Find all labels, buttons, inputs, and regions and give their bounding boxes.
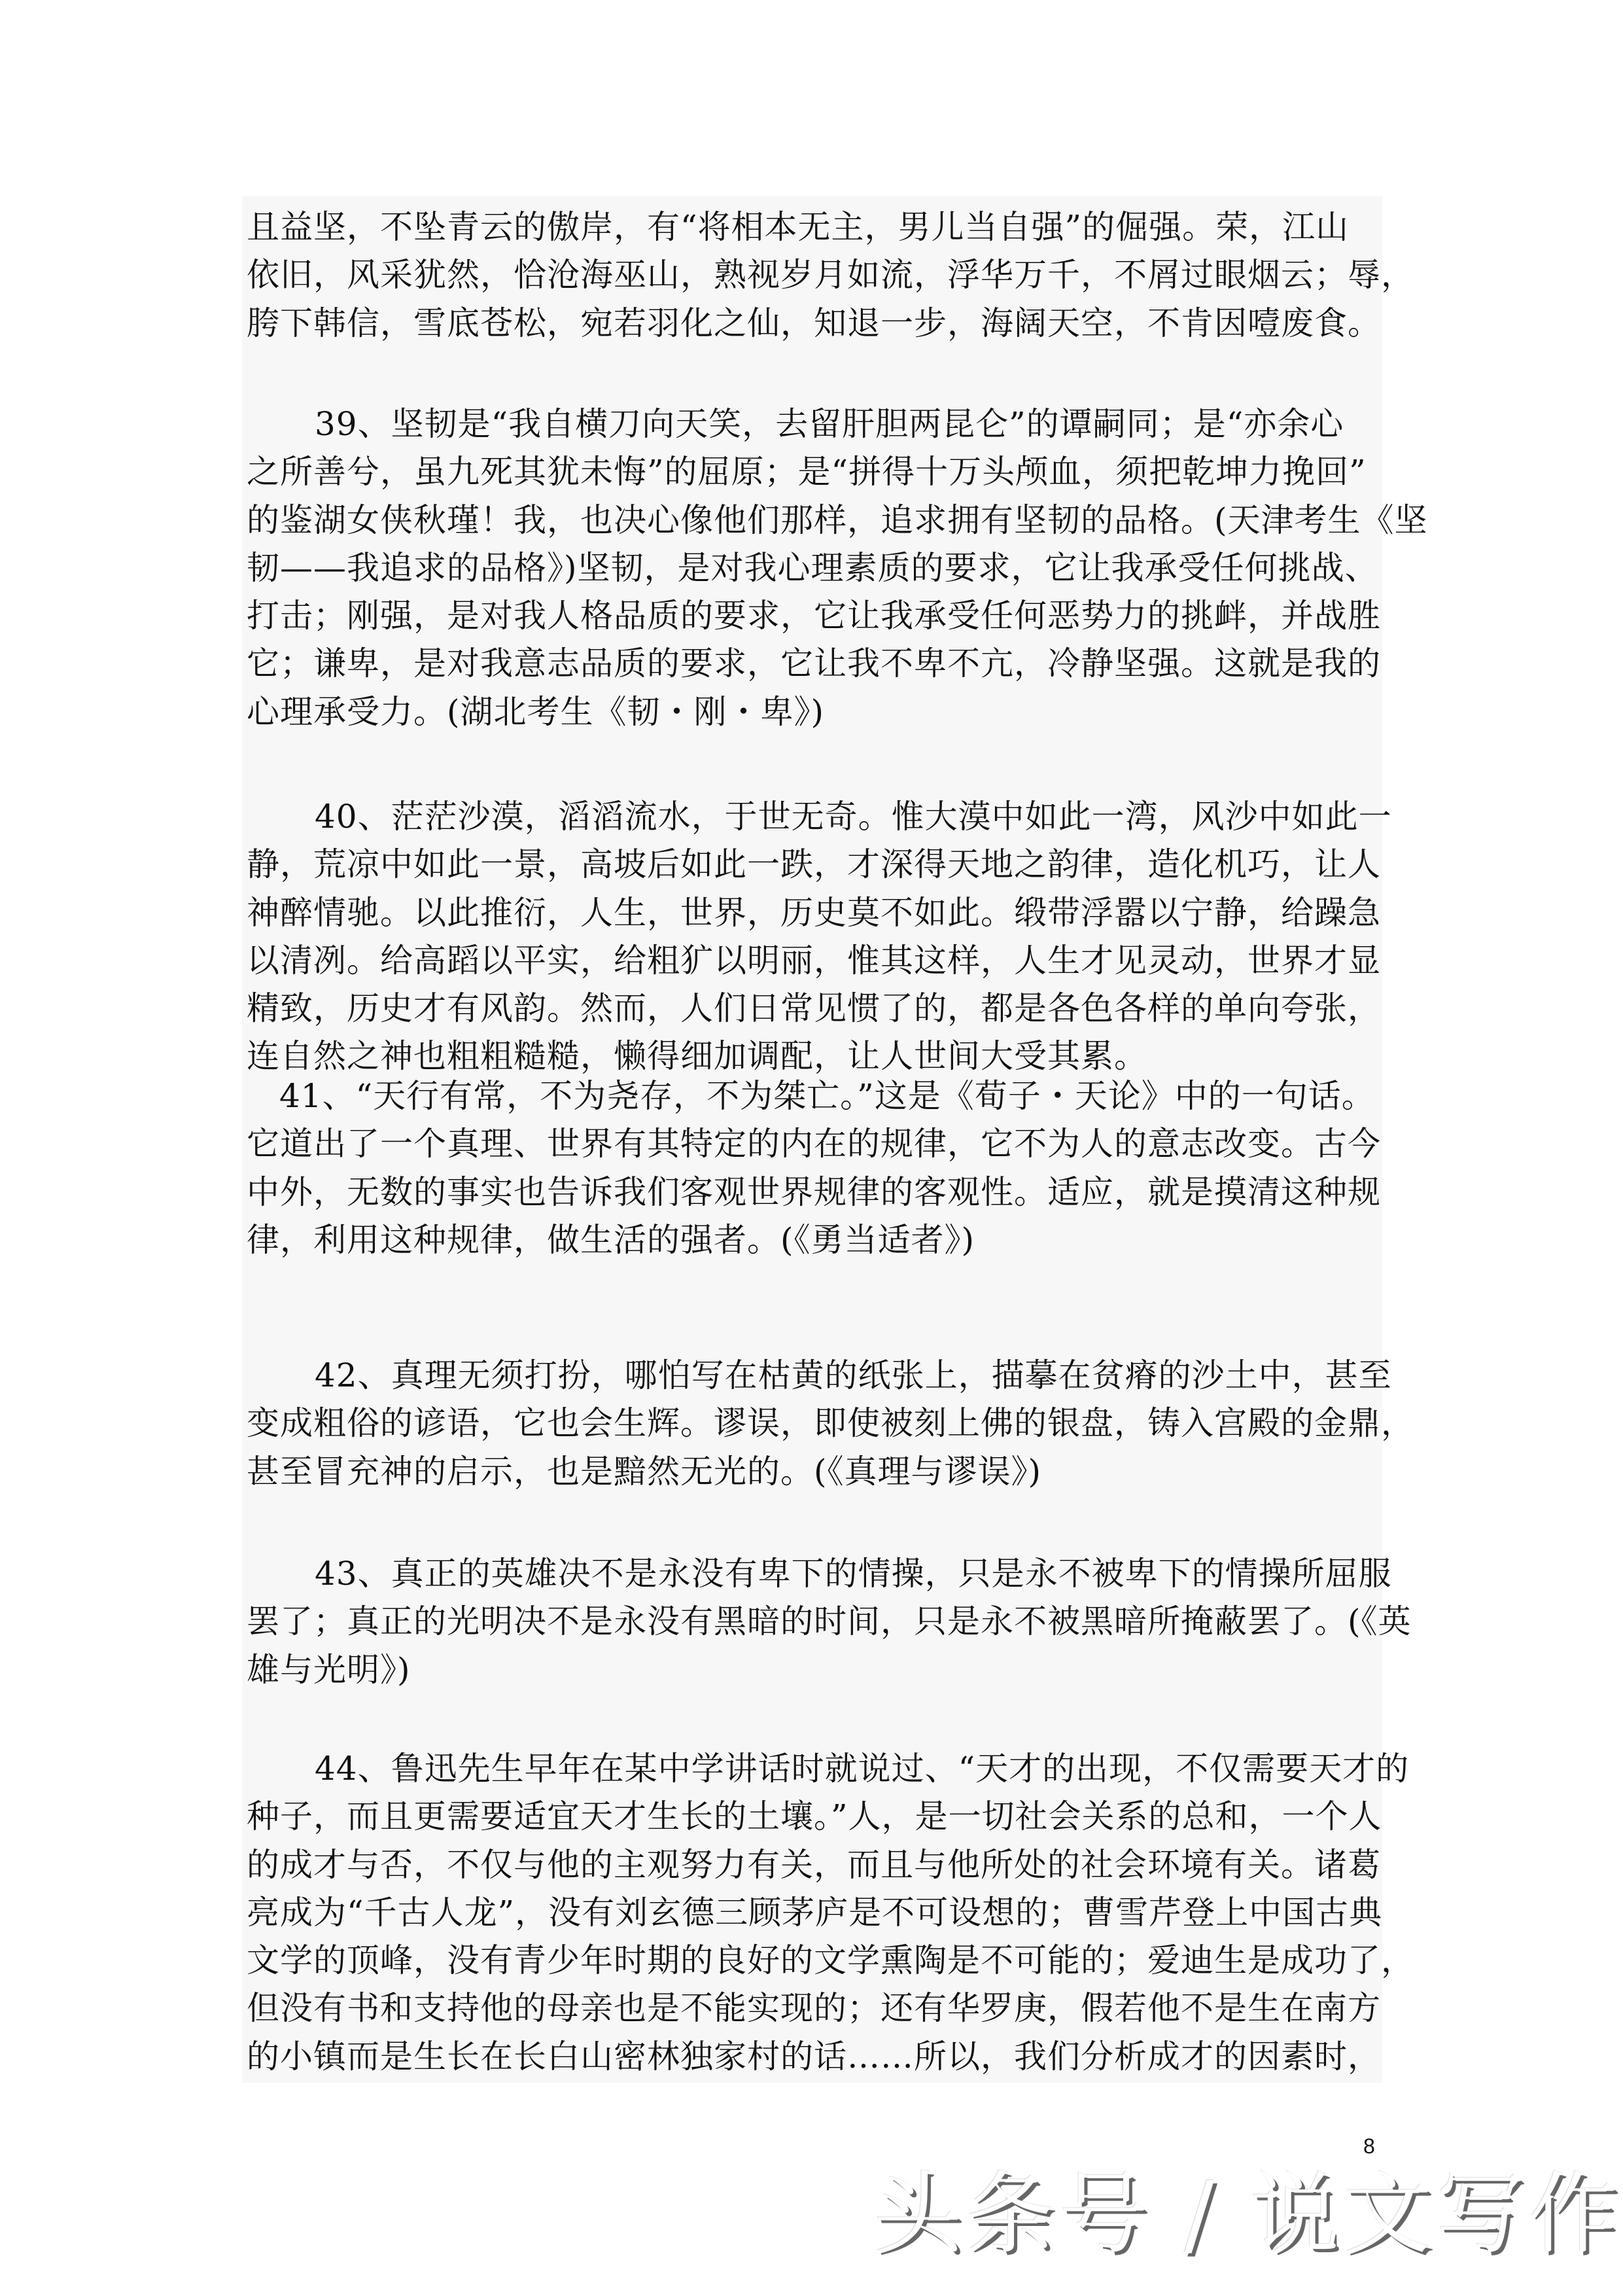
paragraph-line: 它；谦卑，是对我意志品质的要求，它让我不卑不亢，冷静坚强。这就是我的: [247, 640, 1385, 688]
paragraph-line: 变成粗俗的谚语，它也会生辉。谬误，即使被刻上佛的银盘，铸入宫殿的金鼎，: [247, 1400, 1385, 1447]
paragraph-line: 胯下韩信，雪底苍松，宛若羽化之仙，知退一步，海阔天空，不肯因噎废食。: [247, 300, 1385, 347]
paragraph-line: 44、鲁迅先生早年在某中学讲话时就说过、“天才的出现，不仅需要天才的: [247, 1745, 1385, 1793]
paragraph-line: 雄与光明》): [247, 1646, 1385, 1694]
paragraph-line: 的小镇而是生长在长白山密林独家村的话……所以，我们分析成才的因素时，: [247, 2033, 1385, 2081]
paragraph-line: 亮成为“千古人龙”，没有刘玄德三顾茅庐是不可设想的；曹雪芹登上中国古典: [247, 1889, 1385, 1937]
paragraph-line: 39、坚韧是“我自横刀向天笑，去留肝胆两昆仑”的谭嗣同；是“亦余心: [247, 400, 1385, 448]
paragraph-line: 但没有书和支持他的母亲也是不能实现的；还有华罗庚，假若他不是生在南方: [247, 1985, 1385, 2032]
paragraph-line: 它道出了一个真理、世界有其特定的内在的规律，它不为人的意志改变。古今: [247, 1120, 1385, 1168]
paragraph-line: 42、真理无须打扮，哪怕写在枯黄的纸张上，描摹在贫瘠的沙土中，甚至: [247, 1352, 1385, 1400]
paragraph-line: 43、真正的英雄决不是永没有卑下的情操，只是永不被卑下的情操所屈服: [247, 1550, 1385, 1598]
paragraph-p42: 42、真理无须打扮，哪怕写在枯黄的纸张上，描摹在贫瘠的沙土中，甚至变成粗俗的谚语…: [247, 1352, 1385, 1496]
page-number: 8: [1363, 2134, 1375, 2159]
paragraph-p40: 40、茫茫沙漠，滔滔流水，于世无奇。惟大漠中如此一湾，风沙中如此一静，荒凉中如此…: [247, 793, 1385, 1081]
paragraph-line: 打击；刚强，是对我人格品质的要求，它让我承受任何恶势力的挑衅，并战胜: [247, 592, 1385, 640]
paragraph-line: 罢了；真正的光明决不是永没有黑暗的时间，只是永不被黑暗所掩蔽罢了。(《英: [247, 1598, 1385, 1646]
document-page: 且益坚，不坠青云的傲岸，有“将相本无主，男儿当自强”的倔强。荣，江山依旧，风采犹…: [0, 0, 1623, 2296]
paragraph-line: 的鉴湖女侠秋瑾！我，也决心像他们那样，追求拥有坚韧的品格。(天津考生《坚: [247, 497, 1385, 544]
paragraph-p43: 43、真正的英雄决不是永没有卑下的情操，只是永不被卑下的情操所屈服罢了；真正的光…: [247, 1550, 1385, 1694]
paragraph-line: 精致，历史才有风韵。然而，人们日常见惯了的，都是各色各样的单向夸张，: [247, 985, 1385, 1033]
paragraph-line: 种子，而且更需要适宜天才生长的土壤。”人，是一切社会关系的总和，一个人: [247, 1793, 1385, 1841]
paragraph-line: 41、“天行有常，不为尧存，不为桀亡。”这是《荀子・天论》中的一句话。: [247, 1072, 1385, 1120]
paragraph-p41: 41、“天行有常，不为尧存，不为桀亡。”这是《荀子・天论》中的一句话。它道出了一…: [247, 1072, 1385, 1264]
paragraph-line: 静，荒凉中如此一景，高坡后如此一跌，才深得天地之韵律，造化机巧，让人: [247, 841, 1385, 889]
paragraph-line: 且益坚，不坠青云的傲岸，有“将相本无主，男儿当自强”的倔强。荣，江山: [247, 203, 1385, 251]
paragraph-line: 文学的顶峰，没有青少年时期的良好的文学熏陶是不可能的；爱迪生是成功了，: [247, 1937, 1385, 1985]
paragraph-p44: 44、鲁迅先生早年在某中学讲话时就说过、“天才的出现，不仅需要天才的种子，而且更…: [247, 1745, 1385, 2081]
paragraph-line: 之所善兮，虽九死其犹未悔”的屈原；是“拼得十万头颅血，须把乾坤力挽回”: [247, 448, 1385, 496]
paragraph-p39: 39、坚韧是“我自横刀向天笑，去留肝胆两昆仑”的谭嗣同；是“亦余心之所善兮，虽九…: [247, 400, 1385, 736]
paragraph-p38-cont: 且益坚，不坠青云的傲岸，有“将相本无主，男儿当自强”的倔强。荣，江山依旧，风采犹…: [247, 203, 1385, 347]
paragraph-line: 以清冽。给高蹈以平实，给粗犷以明丽，惟其这样，人生才见灵动，世界才显: [247, 937, 1385, 985]
watermark: 头条号 / 说文写作: [873, 2159, 1622, 2270]
paragraph-line: 中外，无数的事实也告诉我们客观世界规律的客观性。适应，就是摸清这种规: [247, 1169, 1385, 1216]
paragraph-line: 甚至冒充神的启示，也是黯然无光的。(《真理与谬误》): [247, 1448, 1385, 1496]
paragraph-line: 神醉情驰。以此推衍，人生，世界，历史莫不如此。缎带浮嚣以宁静，给躁急: [247, 889, 1385, 937]
paragraph-line: 韧——我追求的品格》)坚韧，是对我心理素质的要求，它让我承受任何挑战、: [247, 544, 1385, 592]
paragraph-line: 的成才与否，不仅与他的主观努力有关，而且与他所处的社会环境有关。诸葛: [247, 1841, 1385, 1889]
paragraph-line: 40、茫茫沙漠，滔滔流水，于世无奇。惟大漠中如此一湾，风沙中如此一: [247, 793, 1385, 841]
paragraph-line: 律，利用这种规律，做生活的强者。(《勇当适者》): [247, 1216, 1385, 1264]
paragraph-line: 依旧，风采犹然，恰沧海巫山，熟视岁月如流，浮华万千，不屑过眼烟云；辱，: [247, 251, 1385, 299]
paragraph-line: 心理承受力。(湖北考生《韧・刚・卑》): [247, 688, 1385, 736]
